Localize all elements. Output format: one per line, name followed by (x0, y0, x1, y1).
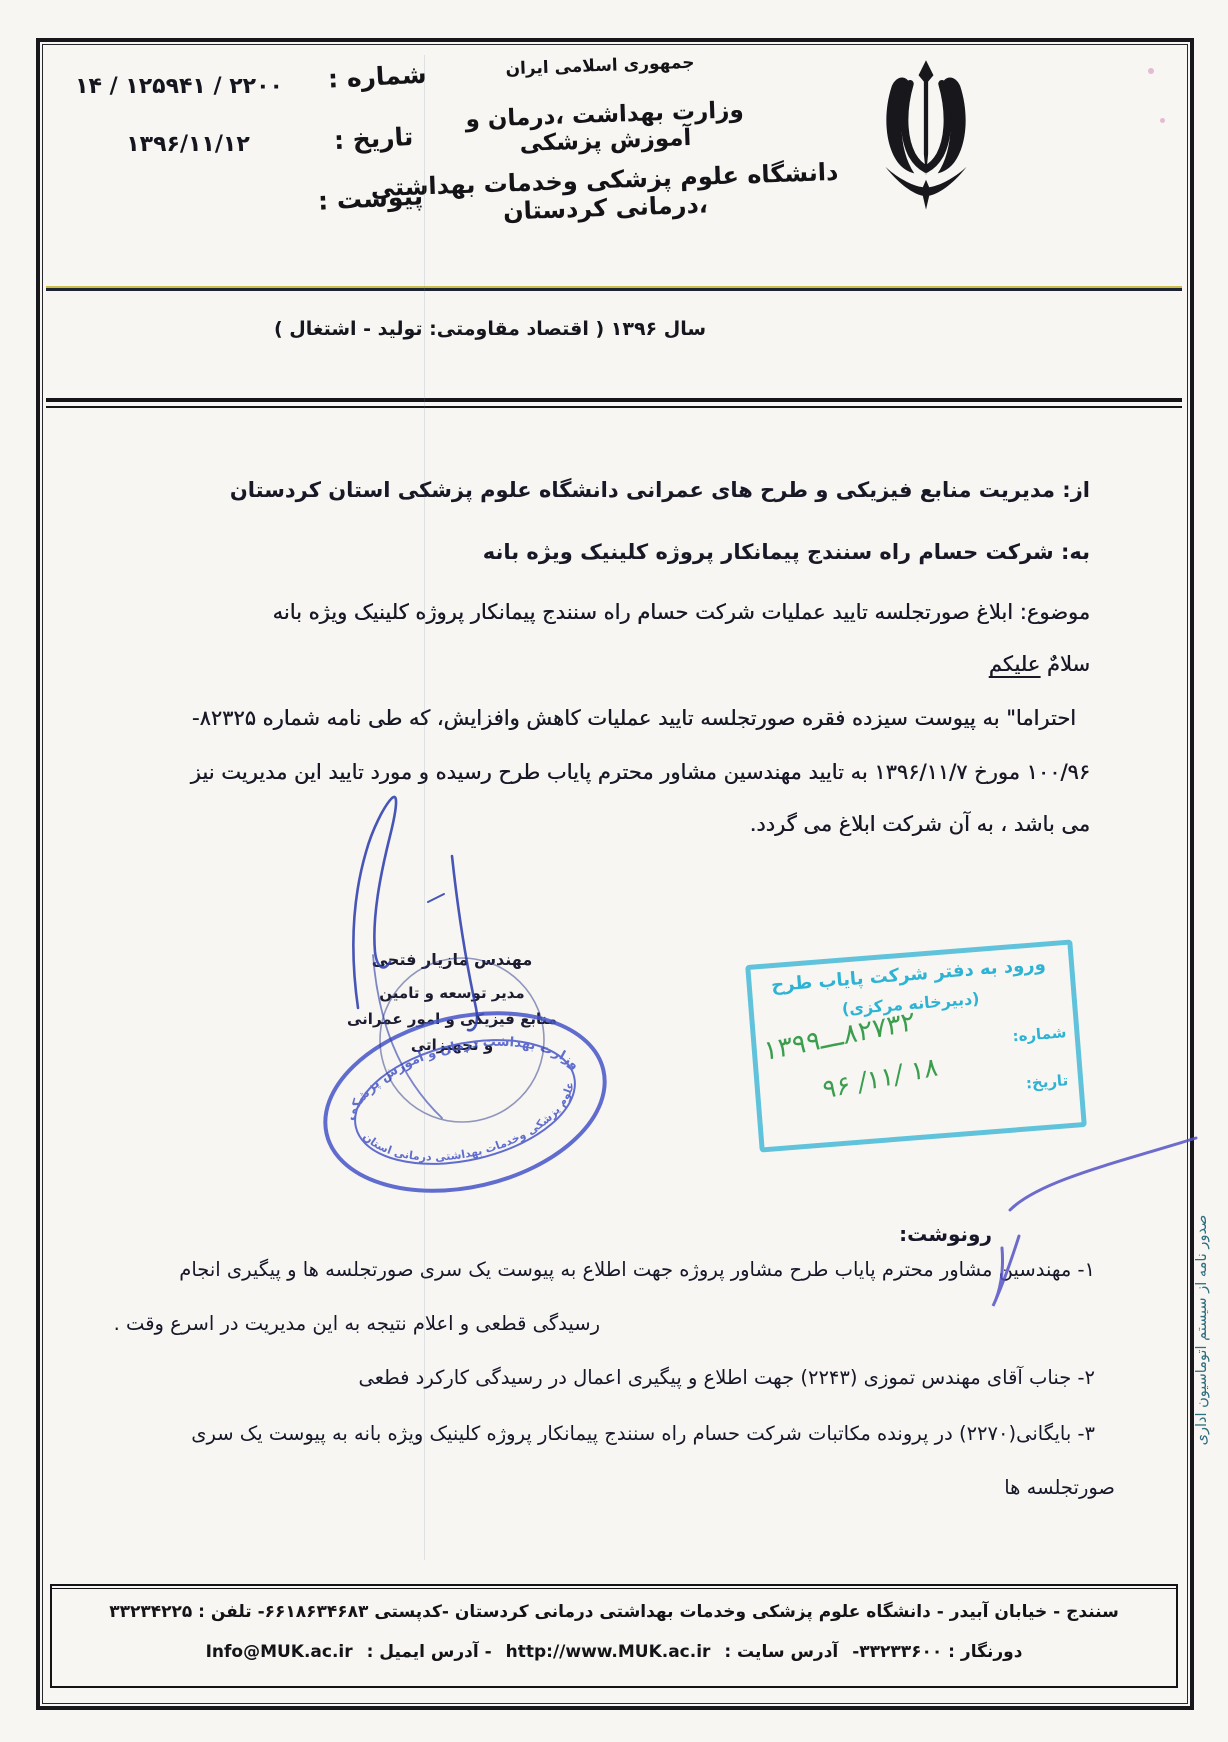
footer-fax: دورنگار : ۳۳۲۳۳۶۰۰- (852, 1642, 1022, 1662)
scan-speck (1148, 68, 1154, 74)
body-from-line: از: مدیریت منابع فیزیکی و طرح های عمرانی… (85, 478, 1090, 502)
footer-box: سنندج - خیابان آبیدر - دانشگاه علوم پزشک… (50, 1584, 1178, 1688)
body-subject-line: موضوع: ابلاغ صورتجلسه تایید عملیات شرکت … (85, 600, 1090, 624)
cc-item-3-line-2: صورتجلسه ها (1004, 1476, 1115, 1499)
footer-email: Info@MUK.ac.ir (206, 1642, 353, 1662)
signature-title-3: و تجهیزاتی (322, 1036, 582, 1054)
signature-title-2: منابع فیزیکی و امور عمرانی (322, 1010, 582, 1028)
scanned-letter-page: جمهوری اسلامی ایران وزارت بهداشت ،درمان … (0, 0, 1228, 1742)
body-paragraph-3: می باشد ، به آن شرکت ابلاغ می گردد. (85, 812, 1090, 836)
letter-date-value: ۱۳۹۶/۱۱/۱۲ (106, 132, 270, 157)
year-slogan-banner: سال ۱۳۹۶ ( اقتصاد مقاومتی: تولید - اشتغا… (240, 318, 740, 340)
salutation-word-2: علیکم (989, 652, 1040, 676)
header-divider-dark (46, 288, 1182, 291)
entry-stamp-date-handwritten: ۹۶ /۱۱/ ۱۸ (822, 1052, 939, 1106)
cc-item-1-line-2: رسیدگی قطعی و اعلام نتیجه به این مدیریت … (122, 1312, 600, 1335)
banner-divider-thick (46, 398, 1182, 402)
paper-fold-line (424, 55, 425, 1560)
body-paragraph-1: احتراما" به پیوست سیزده فقره صورتجلسه تا… (85, 706, 1076, 730)
signature-name: مهندس مازیار فتحی (322, 950, 582, 969)
letter-attachment-label: پیوست : (317, 181, 423, 215)
footer-email-label: - آدرس ایمیل : (367, 1642, 492, 1662)
cc-item-1-line-1: ۱- مهندسین مشاور محترم پایاب طرح مشاور پ… (179, 1258, 1095, 1281)
letter-date-label: تاریخ : (333, 122, 414, 155)
signature-title-1: مدیر توسعه و تامین (322, 984, 582, 1002)
cc-item-3-line-1: ۳- بایگانی(۲۲۷۰) در پرونده مکاتبات شرکت … (191, 1422, 1095, 1445)
entry-stamp: ورود به دفتر شرکت پایاب طرح (دبیرخانه مر… (745, 939, 1087, 1152)
body-salutation: سلامٌ علیکم (85, 652, 1090, 676)
footer-site-label: آدرس سایت : (724, 1642, 838, 1662)
body-paragraph-2: ۱۰۰/۹۶ مورخ ۱۳۹۶/۱۱/۷ به تایید مهندسین م… (85, 760, 1090, 784)
scan-speck (1160, 118, 1165, 123)
allah-emblem-logo (862, 52, 990, 220)
footer-contact-line: دورنگار : ۳۳۲۳۳۶۰۰- آدرس سایت : http://w… (52, 1642, 1176, 1662)
footer-address-line: سنندج - خیابان آبیدر - دانشگاه علوم پزشک… (52, 1602, 1176, 1622)
banner-divider-thin (46, 406, 1182, 408)
entry-stamp-date-label: تاریخ: (1025, 1071, 1069, 1092)
body-to-line: به: شرکت حسام راه سنندج پیمانکار پروژه ک… (85, 540, 1090, 564)
cc-label: رونوشت: (899, 1222, 992, 1246)
automation-system-side-note: صدور نامه از سیستم اتوماسیون اداری (1194, 1094, 1210, 1566)
entry-stamp-number-label: شماره: (1012, 1023, 1067, 1045)
page-border-inner-line (42, 44, 1188, 1704)
letter-number-value: ۱۴ / ۱۲۵۹۴۱ / ۲۲۰۰ (50, 74, 308, 99)
salutation-word-1: سلامٌ (1047, 652, 1090, 676)
footer-site-url: http://www.MUK.ac.ir (506, 1642, 711, 1662)
letter-number-label: شماره : (327, 59, 427, 93)
cc-item-2: ۲- جناب آقای مهندس تموزی (۲۲۴۳) جهت اطلا… (358, 1366, 1095, 1389)
